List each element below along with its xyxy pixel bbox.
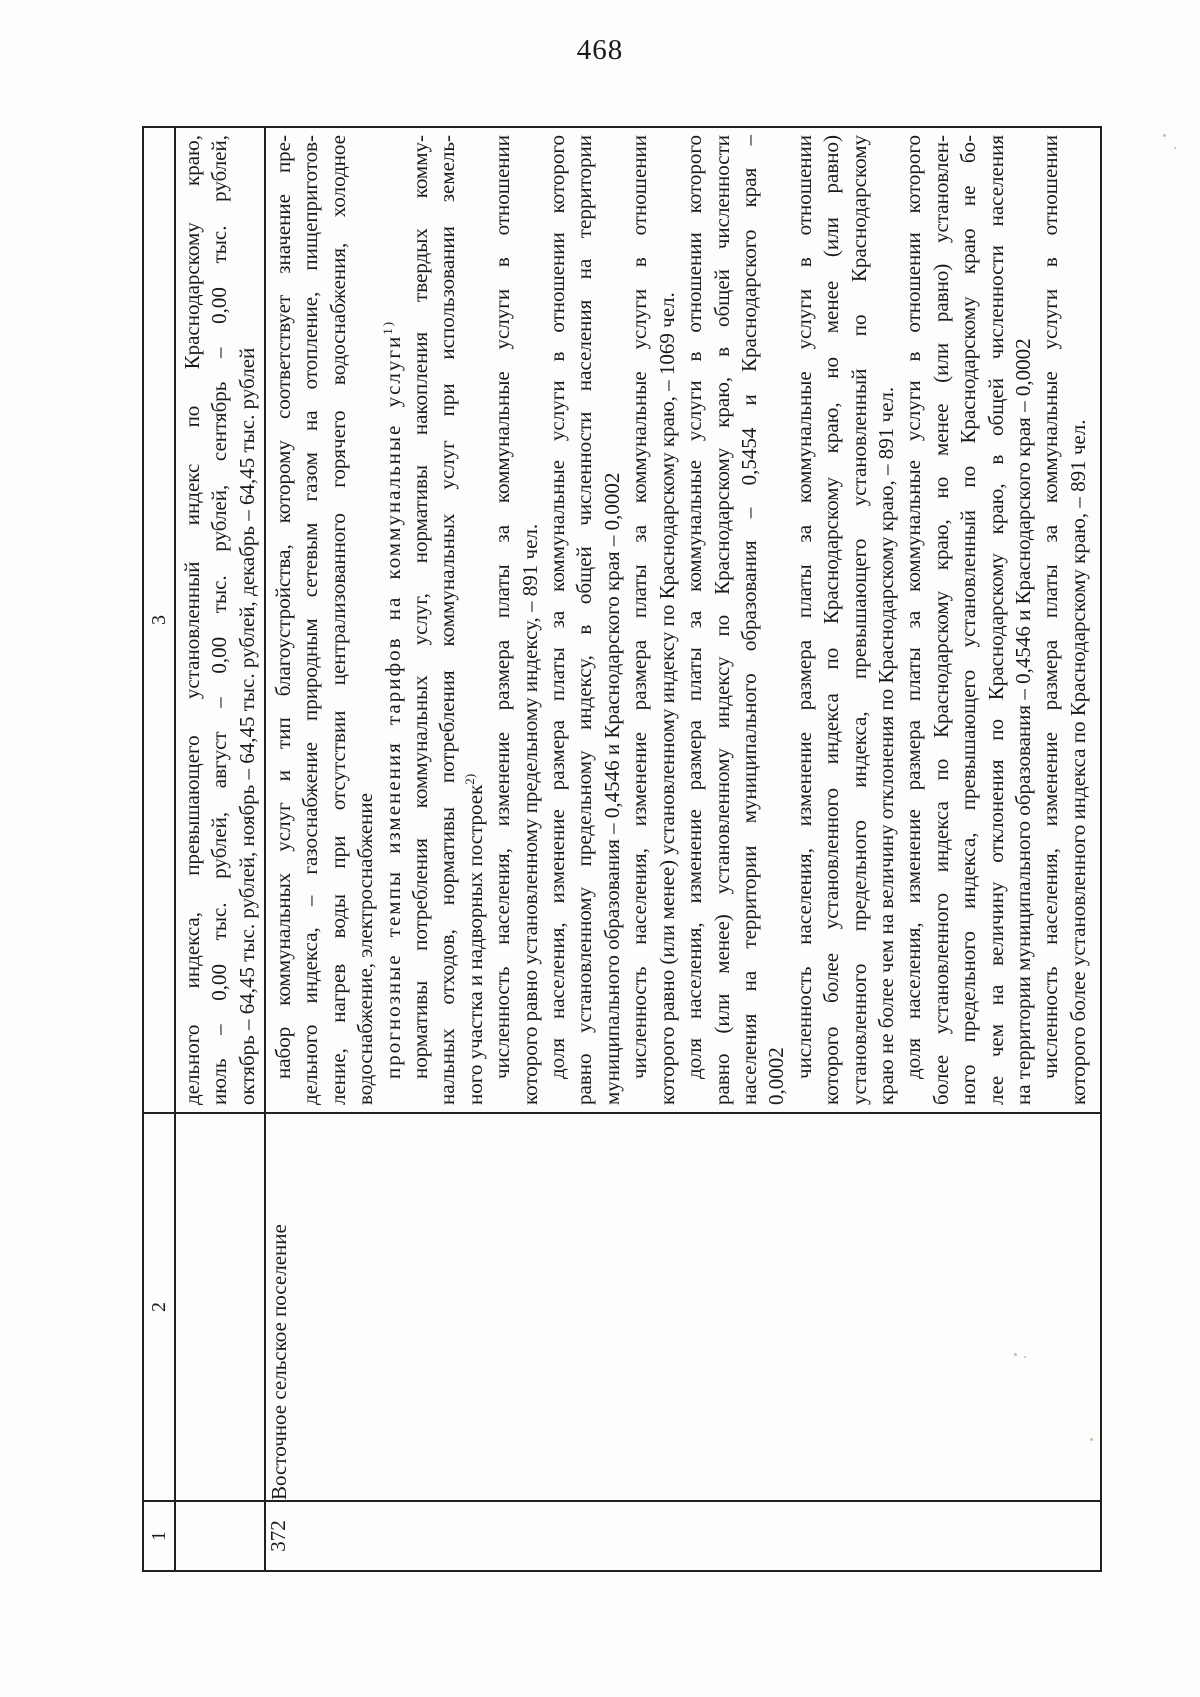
header-cell-col2: 2 [143, 1113, 175, 1501]
page-number: 468 [0, 34, 1200, 67]
text-line: равно (или менее) установленному индексу… [709, 135, 736, 1105]
header-cell-col1: 1 [143, 1501, 175, 1571]
text-line: численность населения, изменение размера… [489, 135, 516, 1105]
data-table: 1 2 3 дельного индекса, превышающего уст… [142, 126, 1102, 1572]
continuation-row: дельного индекса, превышающего установле… [175, 127, 265, 1571]
text-line: установленного предельного индекса, прев… [846, 135, 873, 1105]
text-line: ного участка и надворных построек2) [462, 135, 489, 1105]
header-row: 1 2 3 [143, 127, 175, 1571]
text-line: доля населения, изменение размера платы … [544, 135, 571, 1105]
scan-speck [1174, 147, 1176, 149]
description-cell: набор коммунальных услуг и тип благоустр… [265, 127, 1101, 1113]
footnote-marker: 1) [380, 320, 395, 335]
scan-speck [1090, 1438, 1093, 1441]
rotated-table-wrapper: 1 2 3 дельного индекса, превышающего уст… [142, 128, 1094, 1572]
text-line: на территории муниципального образования… [1010, 135, 1037, 1105]
continuation-number-cell [175, 1501, 265, 1571]
text-line: доля населения, изменение размера платы … [900, 135, 927, 1105]
text-line: численность населения, изменение размера… [626, 135, 653, 1105]
text-line: численность населения, изменение размера… [791, 135, 818, 1105]
text-line: муниципального образования – 0,4546 и Кр… [599, 135, 626, 1105]
text-line: численность населения, изменение размера… [1037, 135, 1064, 1105]
text-line: дельного индекса, – газоснабжение природ… [297, 135, 324, 1105]
continuation-settlement-cell [175, 1113, 265, 1501]
continuation-text-cell: дельного индекса, превышающего установле… [175, 127, 265, 1113]
text-line: ного предельного индекса, превышающего у… [955, 135, 982, 1105]
scan-speck [1014, 1353, 1017, 1356]
footnote-marker: 2) [462, 774, 477, 785]
text-line: водоснабжение, электроснабжение [352, 135, 379, 1105]
text-line: нальных отходов, нормативы потребления к… [434, 135, 461, 1105]
settlement-cell: Восточное сельское поселение [265, 1113, 1101, 1501]
header-cell-col3: 3 [143, 127, 175, 1113]
text-line: нормативы потребления коммунальных услуг… [407, 135, 434, 1105]
row-372: 372 Восточное сельское поселение набор к… [265, 127, 1101, 1571]
row-number-cell: 372 [265, 1501, 1101, 1571]
scan-speck [1024, 1356, 1026, 1358]
text-line: прогнозные темпы изменения тарифов на ко… [380, 135, 407, 1105]
text-line: ление, нагрев воды при отсутствии центра… [325, 135, 352, 1105]
text-line: более установленного индекса по Краснода… [928, 135, 955, 1105]
text-line: которого более установленного индекса по… [1065, 135, 1092, 1105]
text-line: доля населения, изменение размера платы … [681, 135, 708, 1105]
continuation-text: дельного индекса, превышающего установле… [176, 128, 261, 1112]
description-text: набор коммунальных услуг и тип благоустр… [266, 128, 1092, 1112]
text-line: равно установленному предельному индексу… [571, 135, 598, 1105]
text-line: лее чем на величину отклонения по Красно… [983, 135, 1010, 1105]
scan-speck [1163, 134, 1166, 137]
text-line: краю не более чем на величину отклонения… [873, 135, 900, 1105]
text-line: июль – 0,00 тыс. рублей, август – 0,00 т… [206, 135, 233, 1105]
text-line: набор коммунальных услуг и тип благоустр… [270, 135, 297, 1105]
text-line: 0,0002 [763, 135, 790, 1105]
text-line: населения на территории муниципального о… [736, 135, 763, 1105]
text-line: октябрь – 64,45 тыс. рублей, ноябрь – 64… [234, 135, 261, 1105]
text-line: которого равно (или менее) установленном… [654, 135, 681, 1105]
text-line: которого более установленного индекса по… [818, 135, 845, 1105]
text-line: которого равно установленному предельном… [517, 135, 544, 1105]
text-line: дельного индекса, превышающего установле… [179, 135, 206, 1105]
